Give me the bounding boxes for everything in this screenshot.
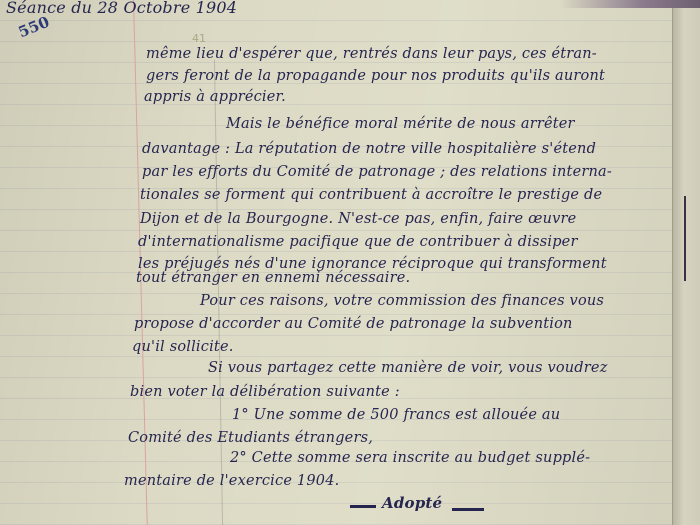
- text-line: tionales se forment qui contribuent à ac…: [140, 187, 602, 203]
- text-line: bien voter la délibération suivante :: [130, 384, 400, 400]
- text-line: Pour ces raisons, votre commission des f…: [200, 293, 604, 309]
- verdict-adopte: Adopté: [382, 494, 442, 512]
- ledger-page: Séance du 28 Octobre 1904 550 41 même li…: [0, 0, 672, 525]
- text-line: par les efforts du Comité de patronage ;…: [142, 164, 612, 180]
- text-line: Si vous partagez cette manière de voir, …: [208, 360, 608, 376]
- binding-mark: [684, 196, 686, 281]
- pencil-mark: 41: [192, 32, 206, 45]
- text-line: davantage : La réputation de notre ville…: [142, 141, 596, 157]
- text-line: même lieu d'espérer que, rentrés dans le…: [146, 46, 597, 62]
- background-shadow: [560, 0, 700, 8]
- text-line: qu'il sollicite.: [132, 339, 234, 355]
- verdict-dash-left: [350, 505, 376, 508]
- text-line: tout étranger en ennemi nécessaire.: [136, 270, 410, 286]
- verdict-dash-right: [452, 508, 484, 511]
- text-line: d'internationalisme pacifique que de con…: [138, 234, 578, 250]
- adjacent-page-edge: [672, 6, 700, 525]
- text-line: 2° Cette somme sera inscrite au budget s…: [230, 450, 590, 466]
- text-line: appris à apprécier.: [144, 89, 286, 105]
- text-line: Comité des Etudiants étrangers,: [128, 430, 373, 446]
- document-photo: Séance du 28 Octobre 1904 550 41 même li…: [0, 0, 700, 525]
- text-line: gers feront de la propagande pour nos pr…: [146, 68, 605, 84]
- text-line: Dijon et de la Bourgogne. N'est-ce pas, …: [140, 211, 576, 227]
- text-line: 1° Une somme de 500 francs est allouée a…: [232, 407, 560, 423]
- text-line: Mais le bénéfice moral mérite de nous ar…: [226, 116, 575, 132]
- text-line: propose d'accorder au Comité de patronag…: [134, 316, 573, 332]
- text-line: mentaire de l'exercice 1904.: [124, 473, 339, 489]
